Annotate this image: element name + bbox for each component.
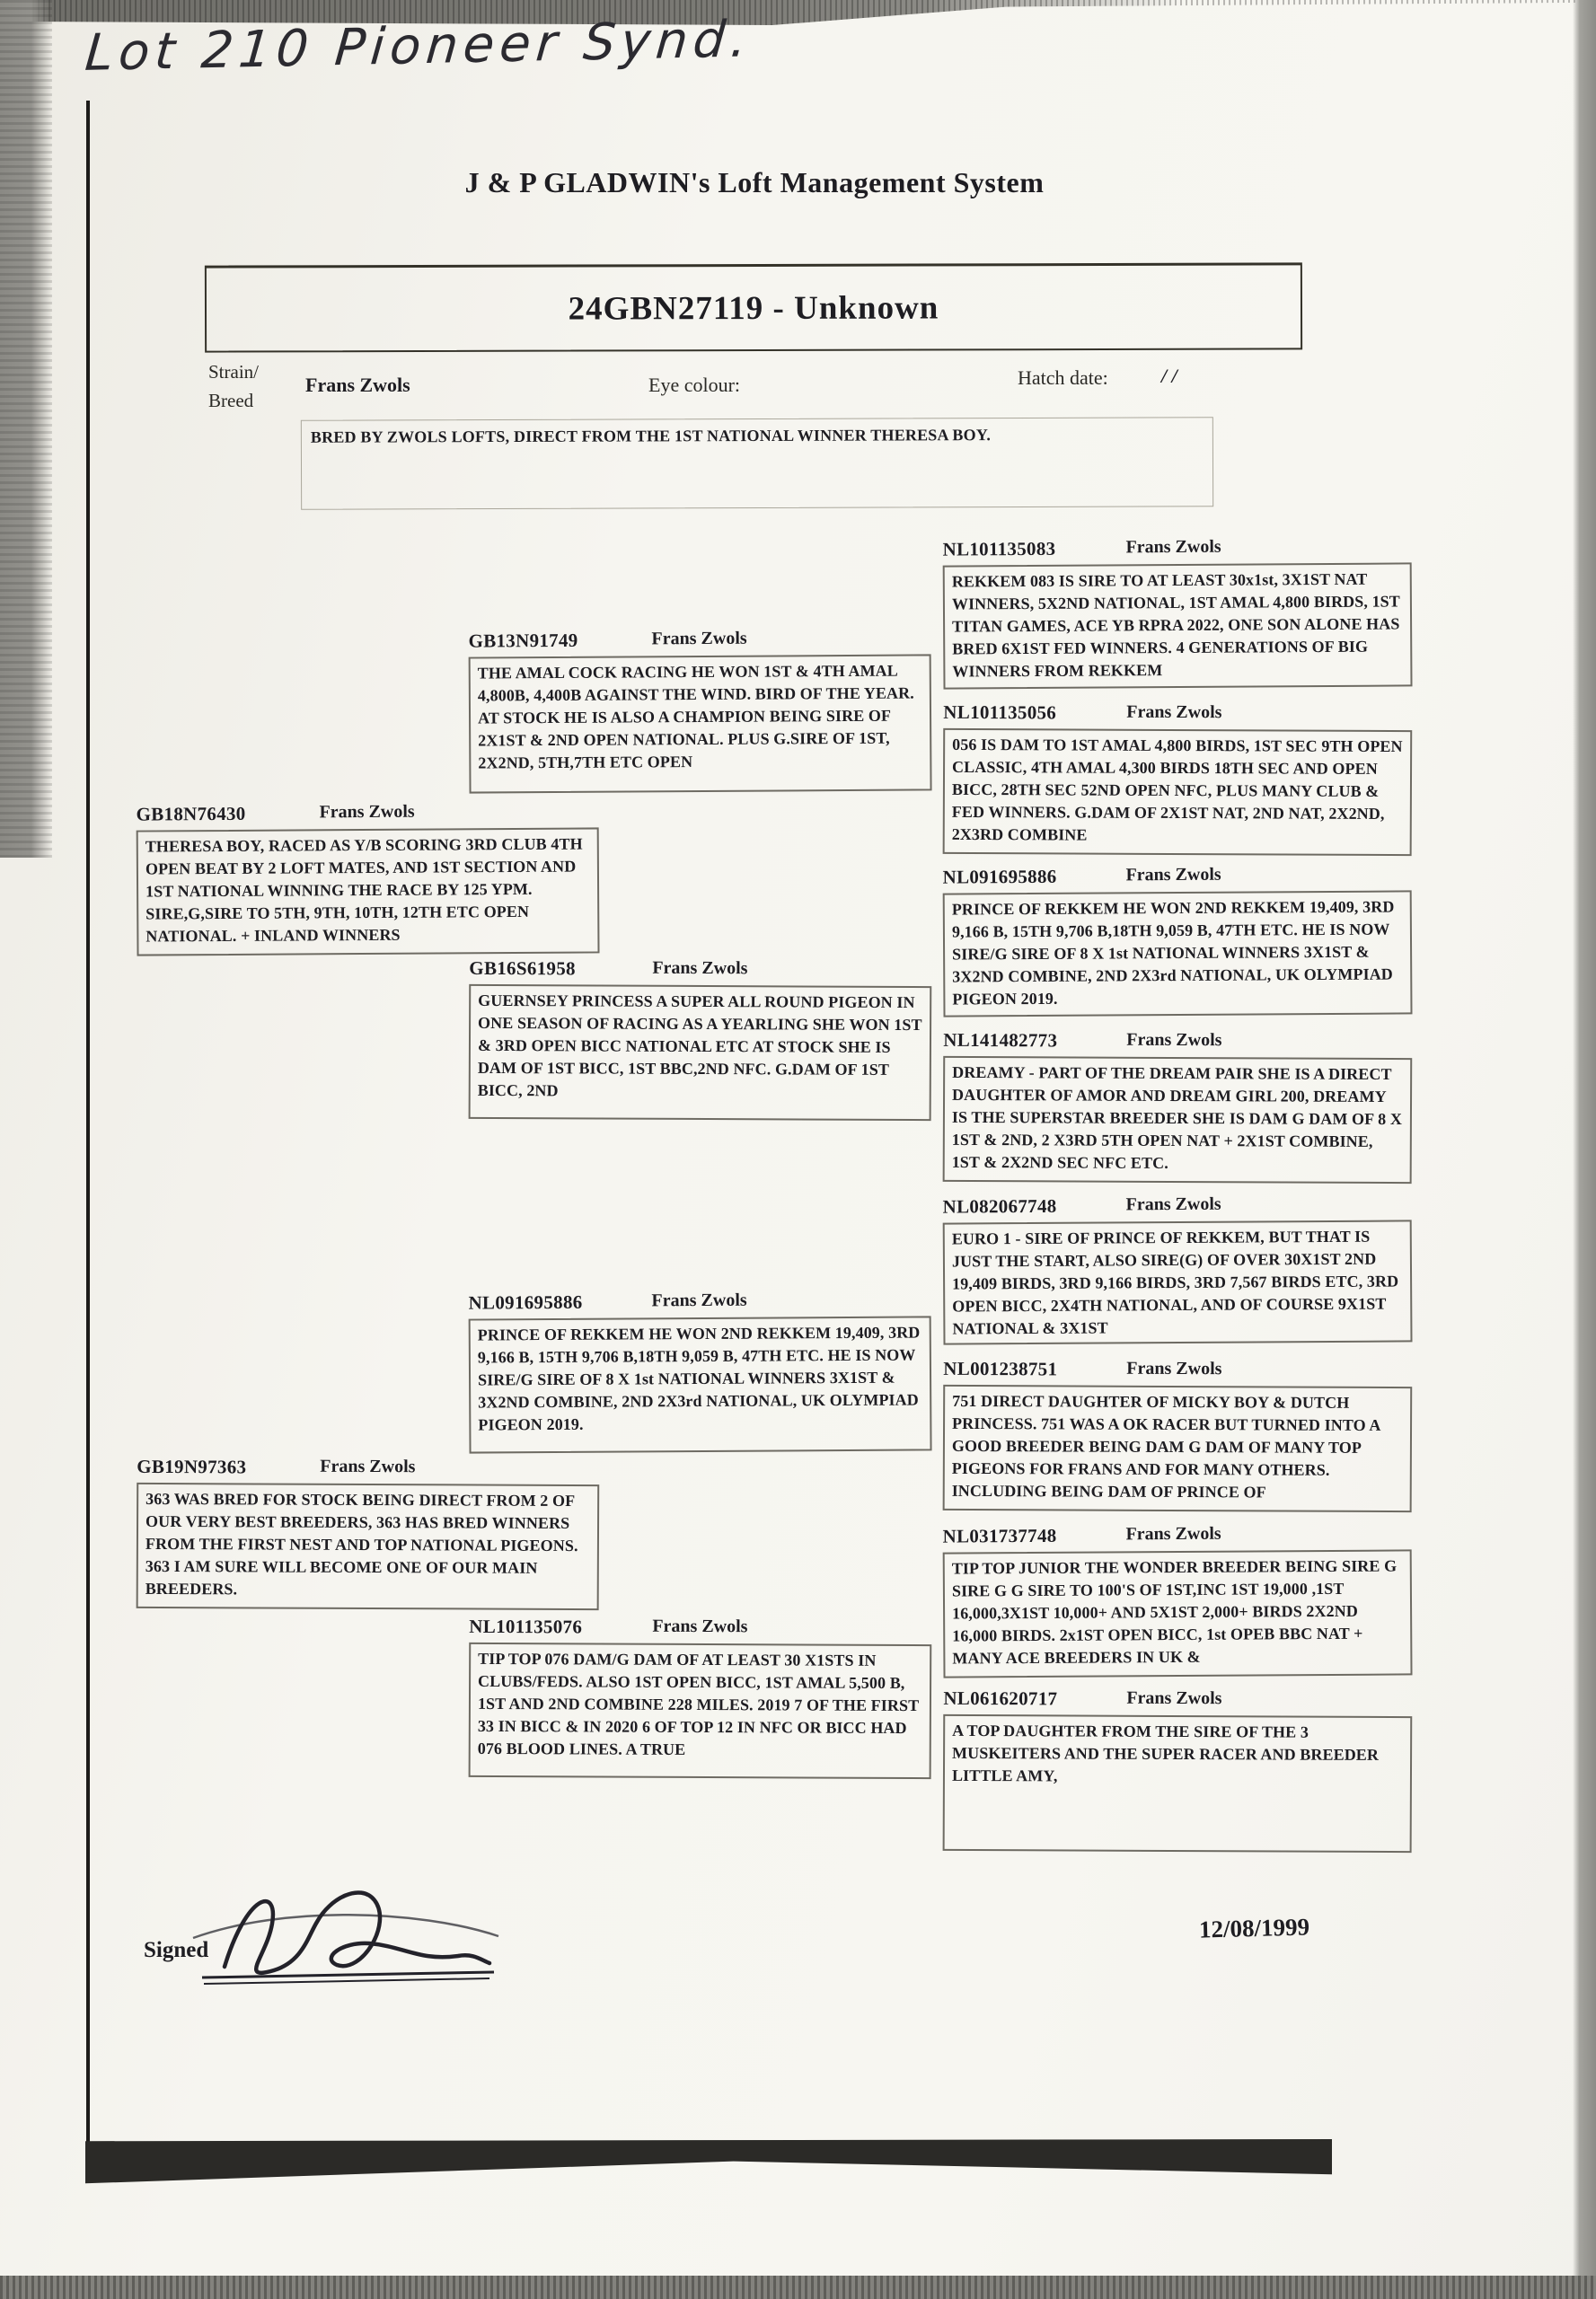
pedigree-entry-great-grandparent: NL141482773 Frans Zwols DREAMY - PART OF…	[943, 1029, 1413, 1184]
ring-number-title: 24GBN27119 - Unknown	[569, 288, 939, 328]
entry-notes: EURO 1 - SIRE OF PRINCE OF REKKEM, BUT T…	[943, 1220, 1413, 1344]
breeder-name: Frans Zwols	[652, 958, 747, 979]
scan-edge-left	[0, 0, 52, 858]
ring-number: GB18N76430	[136, 803, 245, 825]
pedigree-entry-grandparent: NL101135076 Frans Zwols TIP TOP 076 DAM/…	[469, 1616, 932, 1779]
ring-number: NL101135083	[942, 538, 1055, 560]
entry-notes: THERESA BOY, RACED AS Y/B SCORING 3RD CL…	[137, 827, 600, 956]
pedigree-entry-great-grandparent: NL091695886 Frans Zwols PRINCE OF REKKEM…	[942, 863, 1412, 1017]
entry-notes: PRINCE OF REKKEM HE WON 2ND REKKEM 19,40…	[469, 1316, 932, 1453]
scanned-pedigree-document: { "colors": { "paper": "#f6f5f0", "ink":…	[0, 0, 1596, 2299]
ring-number: NL101135076	[469, 1616, 582, 1638]
pedigree-entry-great-grandparent: NL061620717 Frans Zwols A TOP DAUGHTER F…	[943, 1687, 1413, 1853]
entry-notes: 751 DIRECT DAUGHTER OF MICKY BOY & DUTCH…	[943, 1385, 1413, 1512]
strain-value: Frans Zwols	[305, 374, 410, 397]
breeder-name: Frans Zwols	[320, 1457, 415, 1477]
entry-notes: TIP TOP 076 DAM/G DAM OF AT LEAST 30 X1S…	[469, 1643, 932, 1779]
entry-notes: DREAMY - PART OF THE DREAM PAIR SHE IS A…	[943, 1056, 1413, 1184]
comments-box: BRED BY ZWOLS LOFTS, DIRECT FROM THE 1ST…	[301, 417, 1213, 510]
pedigree-entry-grandparent: GB16S61958 Frans Zwols GUERNSEY PRINCESS…	[469, 957, 932, 1121]
eye-colour-label: Eye colour:	[648, 374, 740, 397]
breeder-name: Frans Zwols	[1125, 1194, 1221, 1216]
scan-edge-bottom	[0, 2276, 1596, 2299]
strain-label-line1: Strain/	[208, 361, 259, 383]
strain-label-line2: Breed	[208, 390, 253, 412]
breeder-name: Frans Zwols	[319, 802, 414, 824]
entry-notes: REKKEM 083 IS SIRE TO AT LEAST 30x1st, 3…	[943, 562, 1413, 689]
pedigree-entry-dam: GB19N97363 Frans Zwols 363 WAS BRED FOR …	[137, 1456, 600, 1610]
breeder-name: Frans Zwols	[1126, 1359, 1221, 1379]
pedigree-entry-great-grandparent: NL101135083 Frans Zwols REKKEM 083 IS SI…	[942, 535, 1412, 689]
entry-notes: PRINCE OF REKKEM HE WON 2ND REKKEM 19,40…	[943, 890, 1413, 1017]
breeder-name: Frans Zwols	[1125, 865, 1221, 886]
pedigree-entry-great-grandparent: NL031737748 Frans Zwols TIP TOP JUNIOR T…	[942, 1522, 1412, 1678]
pedigree-entry-grandparent: GB13N91749 Frans Zwols THE AMAL COCK RAC…	[468, 627, 931, 793]
breeder-name: Frans Zwols	[651, 629, 746, 650]
ring-number: GB19N97363	[137, 1456, 246, 1478]
ring-number: NL101135056	[943, 701, 1056, 724]
breeder-name: Frans Zwols	[651, 1290, 746, 1312]
ring-number: NL001238751	[943, 1358, 1057, 1380]
ring-number: NL091695886	[468, 1291, 582, 1314]
ring-number-title-box: 24GBN27119 - Unknown	[205, 262, 1302, 352]
page-left-border-line	[86, 101, 90, 2157]
entry-notes: TIP TOP JUNIOR THE WONDER BREEDER BEING …	[943, 1549, 1413, 1678]
ring-number: NL061620717	[943, 1687, 1057, 1710]
entry-notes: A TOP DAUGHTER FROM THE SIRE OF THE 3 MU…	[943, 1714, 1413, 1853]
entry-notes: THE AMAL COCK RACING HE WON 1ST & 4TH AM…	[469, 654, 932, 793]
pedigree-entry-sire: GB18N76430 Frans Zwols THERESA BOY, RACE…	[136, 800, 599, 956]
ring-number: NL091695886	[942, 866, 1056, 888]
ring-number: NL082067748	[942, 1195, 1056, 1218]
entry-notes: 056 IS DAM TO 1ST AMAL 4,800 BIRDS, 1ST …	[943, 728, 1413, 856]
document-date: 12/08/1999	[1199, 1913, 1310, 1943]
ring-number: GB13N91749	[468, 630, 578, 652]
ring-number: NL141482773	[943, 1029, 1057, 1052]
hatch-date-value: / /	[1161, 365, 1177, 388]
breeder-name: Frans Zwols	[1126, 1688, 1221, 1709]
pedigree-entry-grandparent: NL091695886 Frans Zwols PRINCE OF REKKEM…	[468, 1289, 931, 1453]
page-bottom-black-bar	[85, 2139, 1332, 2189]
breeder-name: Frans Zwols	[1126, 1030, 1221, 1051]
breeder-name: Frans Zwols	[652, 1616, 747, 1637]
ring-number: NL031737748	[942, 1525, 1056, 1547]
ring-number: GB16S61958	[469, 957, 576, 980]
breeder-name: Frans Zwols	[1126, 702, 1221, 723]
breeder-name: Frans Zwols	[1125, 537, 1221, 559]
hatch-date-label: Hatch date:	[1018, 366, 1108, 390]
signature	[184, 1877, 525, 2003]
pedigree-entry-great-grandparent: NL101135056 Frans Zwols 056 IS DAM TO 1S…	[943, 701, 1413, 856]
entry-notes: GUERNSEY PRINCESS A SUPER ALL ROUND PIGE…	[469, 984, 932, 1121]
pedigree-entry-great-grandparent: NL001238751 Frans Zwols 751 DIRECT DAUGH…	[943, 1358, 1413, 1512]
breeder-name: Frans Zwols	[1125, 1524, 1221, 1546]
pedigree-entry-great-grandparent: NL082067748 Frans Zwols EURO 1 - SIRE OF…	[942, 1193, 1412, 1344]
system-title: J & P GLADWIN's Loft Management System	[216, 166, 1293, 199]
entry-notes: 363 WAS BRED FOR STOCK BEING DIRECT FROM…	[137, 1483, 600, 1610]
scan-edge-right	[1573, 0, 1596, 2299]
